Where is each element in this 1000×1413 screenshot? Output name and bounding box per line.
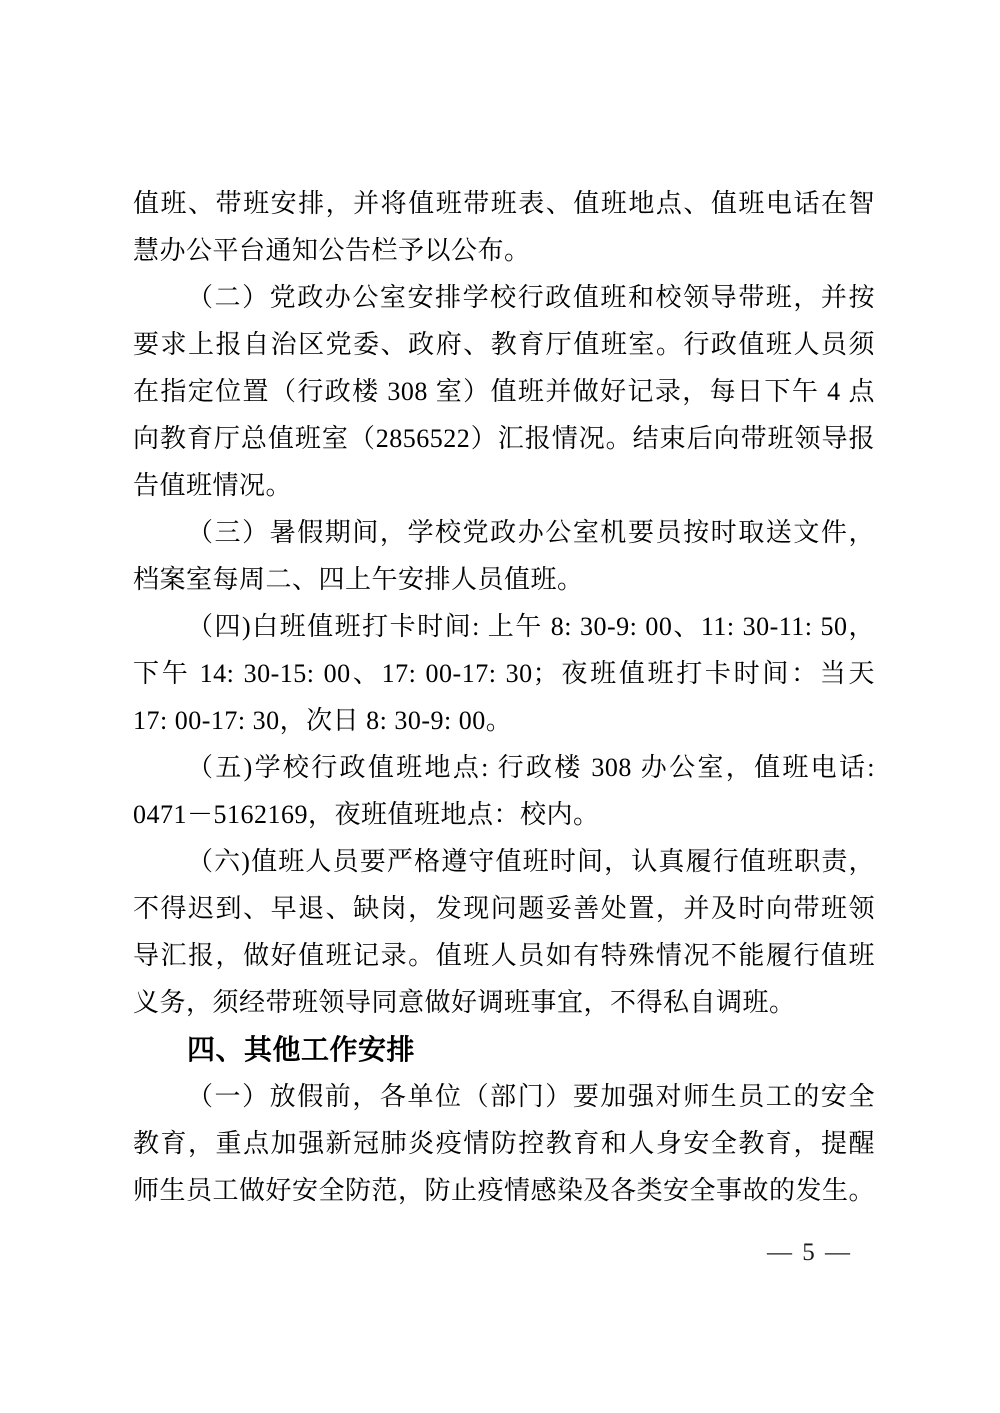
document-line: 师生员工做好安全防范，防止疫情感染及各类安全事故的发生。 bbox=[133, 1167, 875, 1214]
document-page: 值班、带班安排，并将值班带班表、值班地点、值班电话在智 慧办公平台通知公告栏予以… bbox=[0, 0, 1000, 1413]
document-line: 要求上报自治区党委、政府、教育厅值班室。行政值班人员须 bbox=[133, 321, 875, 368]
document-line: 教育，重点加强新冠肺炎疫情防控教育和人身安全教育，提醒 bbox=[133, 1120, 875, 1167]
document-line: 值班、带班安排，并将值班带班表、值班地点、值班电话在智 bbox=[133, 180, 875, 227]
document-line: （一）放假前，各单位（部门）要加强对师生员工的安全 bbox=[133, 1073, 875, 1120]
document-line: 0471－5162169，夜班值班地点：校内。 bbox=[133, 791, 875, 838]
document-line: （五)学校行政值班地点: 行政楼 308 办公室，值班电话: bbox=[133, 744, 875, 791]
page-number: — 5 — bbox=[767, 1235, 852, 1271]
document-line: （四)白班值班打卡时间: 上午 8: 30-9: 00、11: 30-11: 5… bbox=[133, 603, 875, 650]
document-line: 慧办公平台通知公告栏予以公布。 bbox=[133, 227, 875, 274]
section-heading: 四、其他工作安排 bbox=[133, 1026, 875, 1073]
document-line: 下午 14: 30-15: 00、17: 00-17: 30；夜班值班打卡时间：… bbox=[133, 650, 875, 697]
document-line: 在指定位置（行政楼 308 室）值班并做好记录，每日下午 4 点 bbox=[133, 368, 875, 415]
document-line: （二）党政办公室安排学校行政值班和校领导带班，并按 bbox=[133, 274, 875, 321]
document-line: 不得迟到、早退、缺岗，发现问题妥善处置，并及时向带班领 bbox=[133, 885, 875, 932]
document-line: 义务，须经带班领导同意做好调班事宜，不得私自调班。 bbox=[133, 979, 875, 1026]
document-line: 17: 00-17: 30，次日 8: 30-9: 00。 bbox=[133, 697, 875, 744]
document-line: 告值班情况。 bbox=[133, 462, 875, 509]
document-line: （三）暑假期间，学校党政办公室机要员按时取送文件， bbox=[133, 509, 875, 556]
document-line: （六)值班人员要严格遵守值班时间，认真履行值班职责， bbox=[133, 838, 875, 885]
document-line: 向教育厅总值班室（2856522）汇报情况。结束后向带班领导报 bbox=[133, 415, 875, 462]
document-line: 档案室每周二、四上午安排人员值班。 bbox=[133, 556, 875, 603]
document-body: 值班、带班安排，并将值班带班表、值班地点、值班电话在智 慧办公平台通知公告栏予以… bbox=[133, 180, 875, 1214]
document-line: 导汇报，做好值班记录。值班人员如有特殊情况不能履行值班 bbox=[133, 932, 875, 979]
